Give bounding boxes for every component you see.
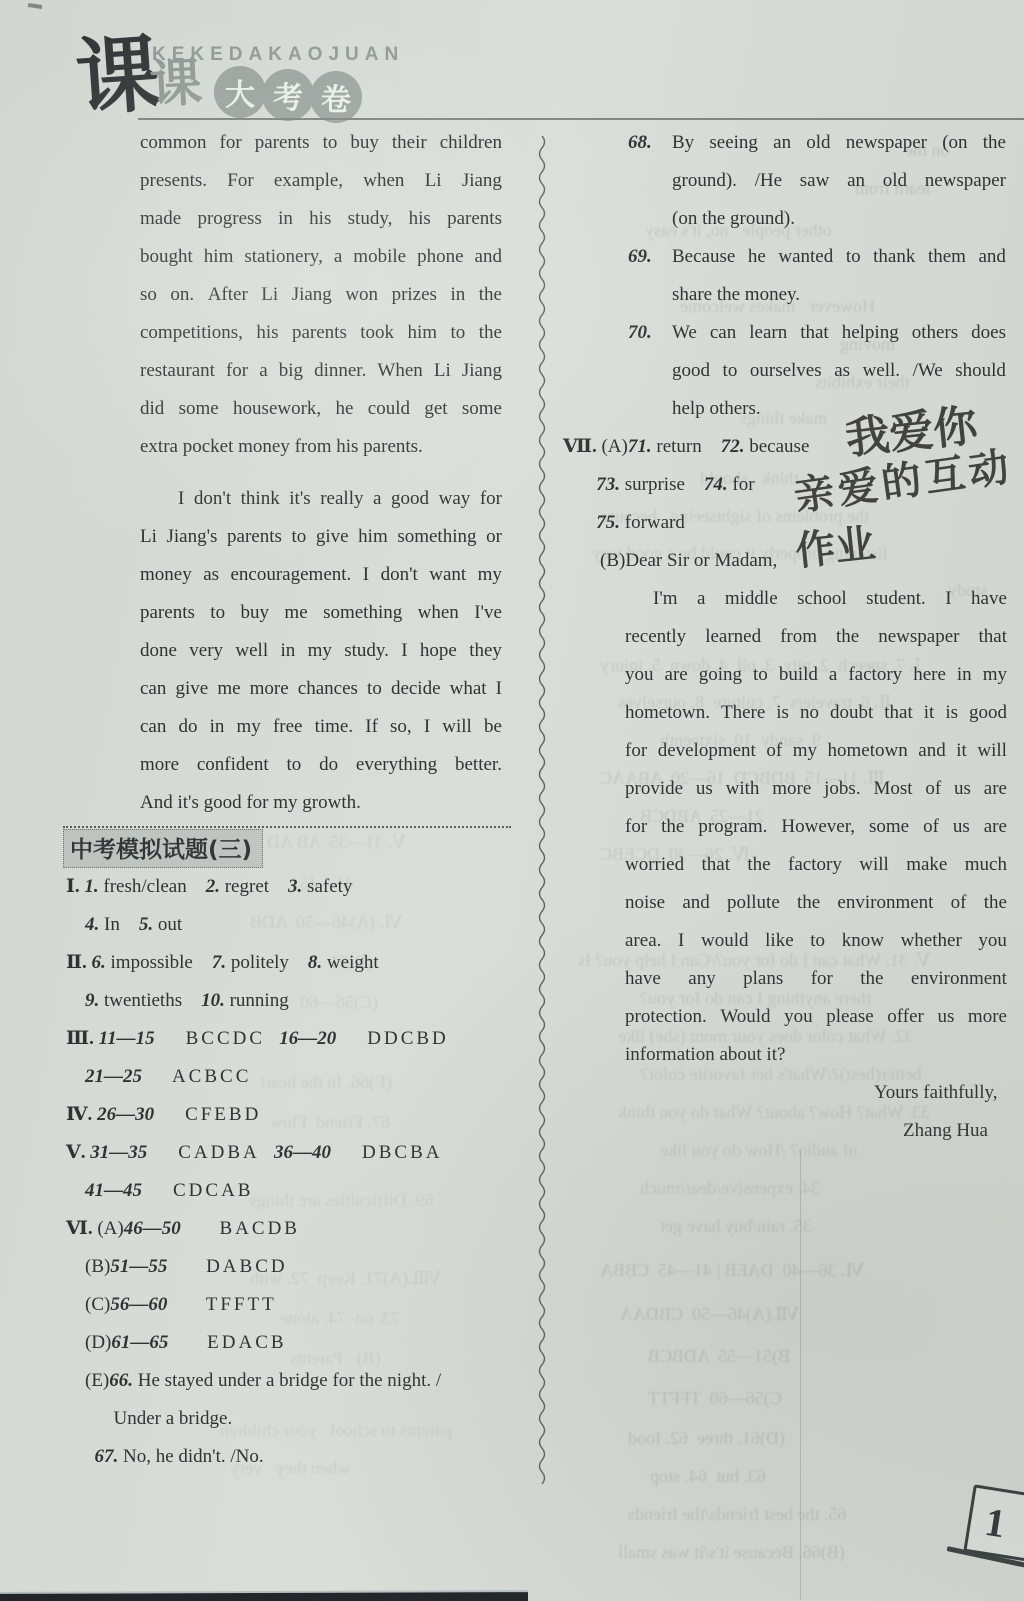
answer-line: Ⅱ. 6. impossible 7. politely 8. weight [66,944,518,982]
handwriting-line: 作业 [792,512,878,577]
answer-text-line: Becausehewantedtothankthemand [672,238,1006,276]
answer-line: 41—45 CDCAB [66,1172,518,1210]
paragraph-line: madeprogressinhisstudy,hisparents [140,200,502,238]
bleedthrough-text: Ⅵ. 36—40 DAEB | 41—45 CBBA [600,1260,864,1281]
letter-line: provideuswithmorejobs.Mostofusare [625,770,1007,808]
letter-line: area.Iwouldliketoknowwhetheryou [625,922,1007,960]
paragraph-line: parentstobuymesomethingwhenI've [140,594,502,632]
paragraph-line: didsomehousework,hecouldgetsome [140,390,502,428]
letter-line: noiseandpollutetheenvironmentofthe [625,884,1007,922]
answer-text-line: (on the ground). [672,200,1006,238]
paragraph-line: boughthimstationery,amobilephoneand [140,238,502,276]
answer-line: Ⅵ. (A)46—50 BACDB [66,1210,518,1248]
answer-line: 67. No, he didn't. /No. [66,1438,518,1476]
answer-line: (B)51—55 DABCD [66,1248,518,1286]
paragraph-line: doneverywellinmystudy.Ihopethey [140,632,502,670]
paragraph-line: presents.Forexample,whenLiJiang [140,162,502,200]
answer-key-list: Ⅰ. 1. fresh/clean 2. regret 3. safety 4.… [66,868,518,1476]
paragraph-line: And it's good for my growth. [140,784,502,822]
answer-number: 69. [628,238,652,276]
paragraph-line: LiJiang'sparentstogivehimsomethingor [140,518,502,556]
letter-line: fordevelopmentofmyhometownanditwill [625,732,1007,770]
answer-line: Ⅰ. 1. fresh/clean 2. regret 3. safety [66,868,518,906]
paragraph-line: cangivememorechancestodecidewhatI [140,670,502,708]
letter-signature: Zhang Hua [625,1112,1007,1150]
letter-line: worriedthatthefactorywillmakemuch [625,846,1007,884]
letter-body: I'mamiddleschoolstudent.Ihave recentlyle… [625,580,1007,1150]
section-title: 中考模拟试题(三) [63,829,263,868]
bleedthrough-text: (D)61. three 62. food [628,1428,785,1449]
paragraph-line: soon.AfterLiJiangwonprizesinthe [140,276,502,314]
bleedthrough-text: (B)66. Because it's/it was small [618,1542,845,1563]
answer-line: 75. forward [563,504,1013,542]
answer-text-line: share the money. [672,276,1006,314]
letter-line: I'mamiddleschoolstudent.Ihave [625,580,1007,618]
answer-text-line: ground)./Hesawanoldnewspaper [672,162,1006,200]
page-number: 1 [982,1497,1009,1547]
bleedthrough-text: 35. rain/buy have get [660,1216,812,1237]
letter-line: protection.Wouldyoupleaseofferusmore [625,998,1007,1036]
paragraph-line: commonforparentstobuytheirchildren [140,124,502,162]
bleedthrough-text: 34. expensive/dear/much [640,1178,820,1199]
paragraph-line: extra pocket money from his parents. [140,428,502,466]
answer-item-68: 68. Byseeinganoldnewspaper(onthe ground)… [628,124,1006,238]
answer-text-line: Byseeinganoldnewspaper(onthe [672,124,1006,162]
letter-line: youaregoingtobuildafactoryhereinmy [625,656,1007,694]
answer-item-69: 69. Becausehewantedtothankthemand share … [628,238,1006,314]
page-bottom-edge [0,1592,528,1601]
answer-number: 70. [628,314,652,352]
paragraph-line: Idon'tthinkit'sreallyagoodwayfor [140,480,502,518]
paragraph-line: moreconfidenttodoeverythingbetter. [140,746,502,784]
letter-line: fortheprogram.However,someofusare [625,808,1007,846]
answer-line: Ⅲ. 11—15 BCCDC 16—20 DDCBD [66,1020,518,1058]
bleedthrough-text: B)51—55 ADBCB [648,1346,790,1367]
answer-text-line: goodtoourselvesaswell./Weshould [672,352,1006,390]
letter-closing: Yours faithfully, [625,1074,1007,1112]
answer-line: 9. twentieths 10. running [66,982,518,1020]
paragraph-line: restaurantforabigdinner.WhenLiJiang [140,352,502,390]
answer-number: 68. [628,124,652,162]
right-answer-items: 68. Byseeinganoldnewspaper(onthe ground)… [628,124,1006,428]
dotted-rule [63,826,511,828]
answer-line: (C)56—60 TFFTT [66,1286,518,1324]
section-header-block: 中考模拟试题(三) [63,826,511,868]
left-paragraph-2: Idon'tthinkit'sreallyagoodwayfor LiJiang… [140,480,502,822]
bleedthrough-text: C)56—60 TFFTT [648,1388,782,1409]
bleedthrough-text: 63. but 64. stop [650,1466,766,1487]
paragraph-line: moneyasencouragement.Idon'twantmy [140,556,502,594]
bleedthrough-text: 65. the best friends/the friends [628,1504,846,1525]
letter-line: haveanyplansfortheenvironment [625,960,1007,998]
answer-line: 21—25 ACBCC [66,1058,518,1096]
answer-line: Ⅳ. 26—30 CFEBD [66,1096,518,1134]
paragraph-line: competitions,hisparentstookhimtothe [140,314,502,352]
bleedthrough-text: Ⅶ.(A)46—50 CBDAA [620,1304,799,1325]
left-paragraph-1: commonforparentstobuytheirchildren prese… [140,124,502,466]
letter-line: hometown.Thereisnodoubtthatitisgood [625,694,1007,732]
letter-line: information about it? [625,1036,1007,1074]
wavy-column-divider [536,136,548,1484]
answer-line: Under a bridge. [66,1400,518,1438]
answer-text-line: Wecanlearnthathelpingothersdoes [672,314,1006,352]
answer-line: (D)61—65 EDACB [66,1324,518,1362]
book-page: on thelearn fromother people no, it's ea… [0,0,1024,1601]
paragraph-line: candoinmyfreetime.Ifso,Iwillbe [140,708,502,746]
letter-line: recentlylearnedfromthenewspaperthat [625,618,1007,656]
answer-line: Ⅴ. 31—35 CADBA 36—40 DBCBA [66,1134,518,1172]
answer-line: 4. In 5. out [66,906,518,944]
answer-line: (E)66. He stayed under a bridge for the … [66,1362,518,1400]
